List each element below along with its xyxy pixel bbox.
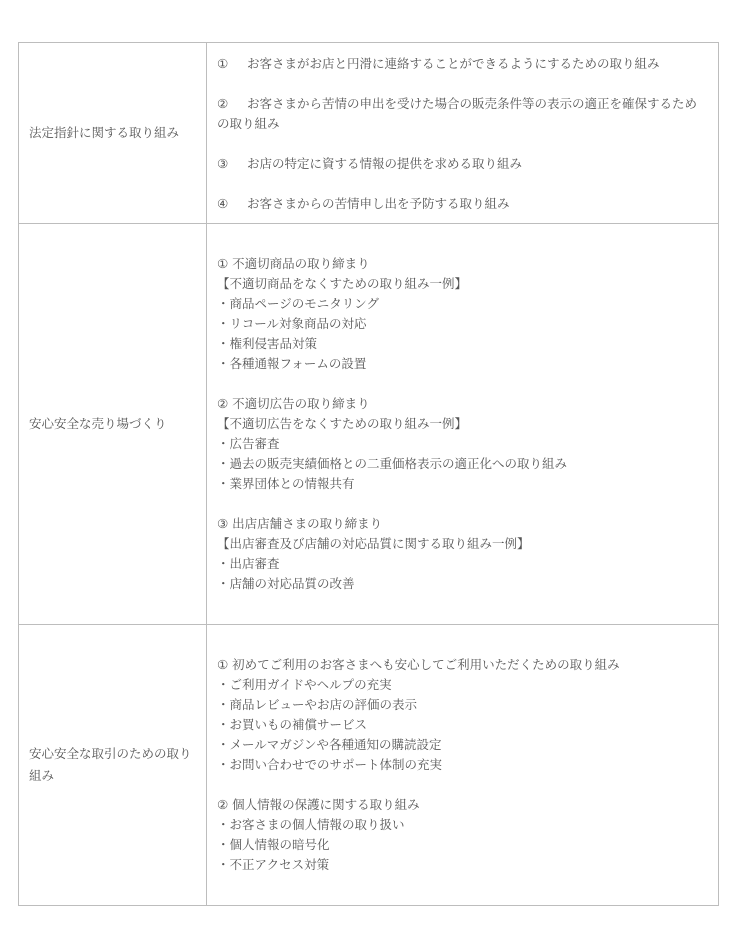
item-text: お客さまがお店と円滑に連絡することができるようにするための取り組み [247,56,660,71]
bullet-item: ・出店審査 [217,554,708,574]
block-heading: ② 不適切広告の取り締まり [217,394,708,414]
bullet-item: ・個人情報の暗号化 [217,835,708,855]
block-heading: ② 個人情報の保護に関する取り組み [217,795,708,815]
initiatives-table: 法定指針に関する取り組み ①お客さまがお店と円滑に連絡することができるようにする… [18,42,719,906]
bullet-item: ・メールマガジンや各種通知の購読設定 [217,735,708,755]
bullet-item: ・店舗の対応品質の改善 [217,574,708,594]
block-heading: ③ 出店店舗さまの取り締まり [217,514,708,534]
row-label-text: 安心安全な売り場づくり [29,416,167,431]
row-label-text: 安心安全な取引のための取り組み [29,746,192,783]
list-item: ④お客さまからの苦情申し出を予防する取り組み [217,194,708,214]
bullet-item: ・リコール対象商品の対応 [217,314,708,334]
bullet-item: ・権利侵害品対策 [217,334,708,354]
item-number: ② [217,94,247,114]
item-text: お客さまからの苦情申し出を予防する取り組み [247,196,510,211]
item-text: お店の特定に資する情報の提供を求める取り組み [247,156,522,171]
block-subheading: 【出店審査及び店舗の対応品質に関する取り組み一例】 [217,534,708,554]
row-label-text: 法定指針に関する取り組み [29,125,179,140]
block-heading: ① 不適切商品の取り締まり [217,254,708,274]
block-heading: ① 初めてご利用のお客さまへも安心してご利用いただくための取り組み [217,655,708,675]
row-label: 安心安全な取引のための取り組み [19,625,207,906]
initiative-block: ③ 出店店舗さまの取り締まり 【出店審査及び店舗の対応品質に関する取り組み一例】… [217,514,708,594]
item-number: ④ [217,194,247,214]
initiative-block: ① 初めてご利用のお客さまへも安心してご利用いただくための取り組み ・ご利用ガイ… [217,655,708,775]
bullet-item: ・各種通報フォームの設置 [217,354,708,374]
initiative-block: ① 不適切商品の取り締まり 【不適切商品をなくすための取り組み一例】 ・商品ペー… [217,254,708,374]
block-subheading: 【不適切商品をなくすための取り組み一例】 [217,274,708,294]
list-item: ③お店の特定に資する情報の提供を求める取り組み [217,154,708,174]
list-item: ①お客さまがお店と円滑に連絡することができるようにするための取り組み [217,54,708,74]
bullet-item: ・不正アクセス対策 [217,855,708,875]
table-row-safe-transactions: 安心安全な取引のための取り組み ① 初めてご利用のお客さまへも安心してご利用いた… [19,625,719,906]
bullet-item: ・ご利用ガイドやヘルプの充実 [217,675,708,695]
bullet-item: ・広告審査 [217,434,708,454]
bullet-item: ・商品ページのモニタリング [217,294,708,314]
block-subheading: 【不適切広告をなくすための取り組み一例】 [217,414,708,434]
initiative-block: ② 個人情報の保護に関する取り組み ・お客さまの個人情報の取り扱い ・個人情報の… [217,795,708,875]
row-label: 法定指針に関する取り組み [19,43,207,224]
item-number: ③ [217,154,247,174]
initiative-block: ② 不適切広告の取り締まり 【不適切広告をなくすための取り組み一例】 ・広告審査… [217,394,708,494]
bullet-item: ・過去の販売実績価格との二重価格表示の適正化への取り組み [217,454,708,474]
bullet-item: ・お買いもの補償サービス [217,715,708,735]
list-item: ②お客さまから苦情の申出を受けた場合の販売条件等の表示の適正を確保するための取り… [217,94,708,134]
row-label: 安心安全な売り場づくり [19,224,207,625]
bullet-item: ・業界団体との情報共有 [217,474,708,494]
bullet-item: ・お問い合わせでのサポート体制の充実 [217,755,708,775]
bullet-item: ・お客さまの個人情報の取り扱い [217,815,708,835]
table-row-safe-marketplace: 安心安全な売り場づくり ① 不適切商品の取り締まり 【不適切商品をなくすための取… [19,224,719,625]
row-content: ①お客さまがお店と円滑に連絡することができるようにするための取り組み ②お客さま… [207,43,719,224]
numbered-list: ①お客さまがお店と円滑に連絡することができるようにするための取り組み ②お客さま… [217,44,708,222]
bullet-item: ・商品レビューやお店の評価の表示 [217,695,708,715]
item-number: ① [217,54,247,74]
row-content: ① 初めてご利用のお客さまへも安心してご利用いただくための取り組み ・ご利用ガイ… [207,625,719,906]
item-text: お客さまから苦情の申出を受けた場合の販売条件等の表示の適正を確保するための取り組… [217,96,697,131]
table-row-legal-guidelines: 法定指針に関する取り組み ①お客さまがお店と円滑に連絡することができるようにする… [19,43,719,224]
row-content: ① 不適切商品の取り締まり 【不適切商品をなくすための取り組み一例】 ・商品ペー… [207,224,719,625]
